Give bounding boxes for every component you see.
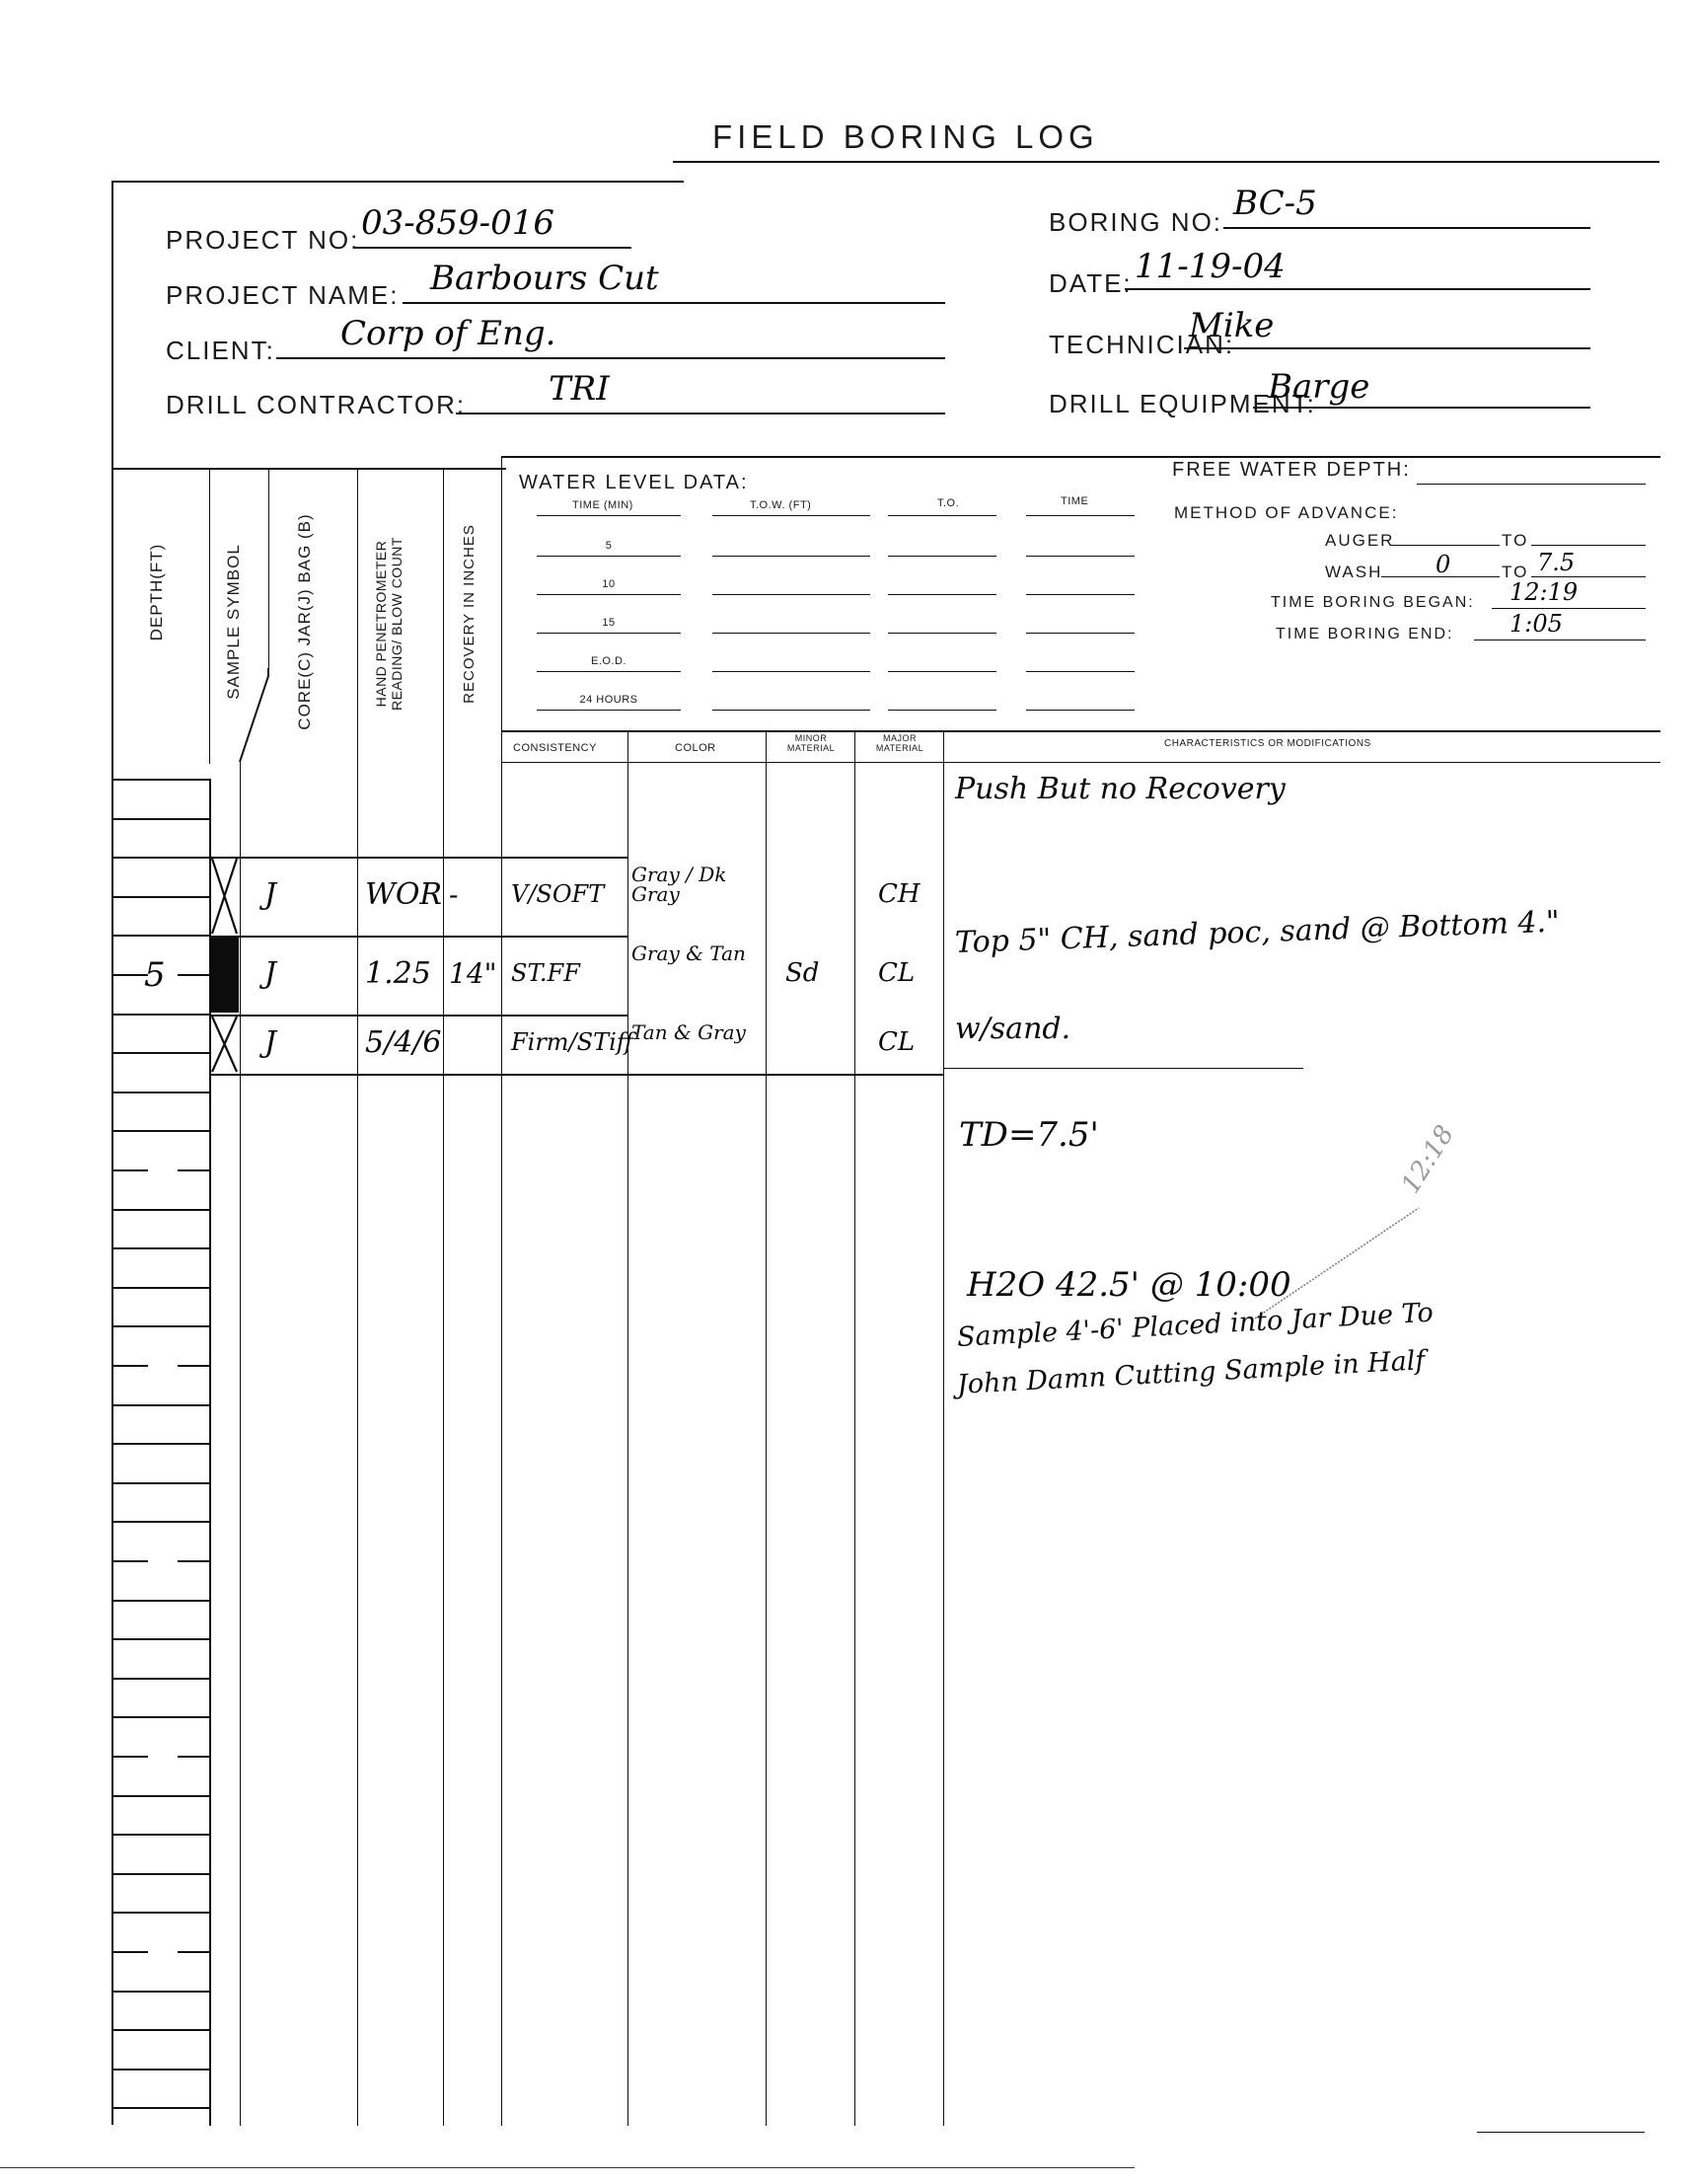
time-end-value[interactable]: 1:05 (1510, 610, 1563, 638)
header-separator-right (501, 456, 1660, 458)
project-name-line (403, 302, 945, 304)
depth-tick (111, 1521, 209, 1523)
sample-consistency[interactable]: Firm/STiff (511, 1028, 633, 1056)
col-header-container: CORE(C) JAR(J) BAG (B) (294, 493, 315, 750)
depth-tick (111, 1130, 209, 1132)
note-water[interactable]: H2O 42.5' @ 10:00 (967, 1265, 1291, 1305)
sample-major[interactable]: CL (878, 958, 915, 988)
note-line2[interactable]: John Damn Cutting Sample in Half (956, 1345, 1426, 1400)
wl-entry-line[interactable] (712, 671, 870, 672)
depth-tick (111, 1991, 209, 1993)
wl-row-line (537, 633, 681, 634)
col-header-penetrometer: HAND PENETROMETER READING/ BLOW COUNT (373, 525, 405, 722)
depth-major-tick (111, 1951, 148, 1953)
time-began-value[interactable]: 12:19 (1510, 578, 1578, 606)
wl-entry-line[interactable] (888, 594, 996, 595)
sample-reading[interactable]: 5/4/6 (365, 1025, 441, 1060)
col-header-major: MAJOR MATERIAL (860, 734, 939, 754)
wl-entry-line[interactable] (712, 633, 870, 634)
sample-row-line (209, 936, 627, 938)
depth-tick (111, 1600, 209, 1602)
note-td[interactable]: TD=7.5' (959, 1115, 1099, 1155)
sample-reading[interactable]: 1.25 (365, 956, 431, 991)
page-edge-line (0, 2167, 1135, 2168)
depth-tick (111, 779, 209, 781)
free-water-label: FREE WATER DEPTH: (1172, 459, 1411, 482)
depth-tick (111, 1325, 209, 1327)
water-block-bottom (501, 730, 1660, 732)
depth-major-tick (111, 1365, 148, 1367)
auger-from-line[interactable] (1391, 545, 1500, 546)
auger-label: AUGER (1325, 531, 1394, 551)
col-line-recovery (501, 456, 502, 2126)
boring-no-value[interactable]: BC-5 (1233, 184, 1317, 223)
wl-entry-line[interactable] (888, 556, 996, 557)
depth-tick (111, 1834, 209, 1836)
depth-tick (111, 1795, 209, 1797)
wl-col-time-min: TIME (MIN) (572, 499, 633, 511)
sample-row-line (209, 1015, 627, 1017)
wl-row-line (537, 671, 681, 672)
depth-tick (111, 857, 209, 859)
depth-tick (111, 2069, 209, 2071)
depth-tick (111, 1912, 209, 1914)
note-row0[interactable]: Push But no Recovery (955, 772, 1286, 806)
sample-reading[interactable]: WOR (365, 877, 442, 912)
date-value[interactable]: 11-19-04 (1135, 247, 1286, 286)
boring-no-line (1223, 227, 1590, 229)
drill-contractor-value[interactable]: TRI (549, 369, 610, 409)
sample-consistency[interactable]: ST.FF (511, 959, 580, 987)
project-no-line (355, 247, 631, 249)
drill-equipment-value[interactable]: Barge (1268, 367, 1369, 407)
technician-line (1184, 347, 1590, 349)
sample-symbol-filled-icon (210, 938, 239, 1013)
depth-tick (111, 1052, 209, 1054)
col-header-recovery: RECOVERY IN INCHES (462, 505, 479, 722)
depth-tick (111, 1873, 209, 1875)
depth-tick (111, 1092, 209, 1093)
wl-col-to: T.O. (937, 497, 959, 509)
drill-equipment-line (1253, 407, 1590, 409)
wl-entry-line[interactable] (888, 710, 996, 711)
depth-tick (111, 2029, 209, 2031)
sample-container[interactable]: J (264, 1025, 276, 1060)
drill-contractor-label: DRILL CONTRACTOR: (166, 390, 466, 420)
auger-to-line[interactable] (1531, 545, 1646, 546)
sample-symbol-x-icon (209, 1015, 240, 1074)
col-line-depth (209, 468, 210, 764)
wl-header-underline (537, 515, 681, 516)
depth-major-tick (178, 1560, 209, 1562)
header-separator-left (111, 468, 506, 470)
depth-tick (111, 818, 209, 820)
depth-major-tick (111, 1756, 148, 1758)
wl-entry-line[interactable] (712, 594, 870, 595)
col-line-major (943, 730, 944, 2126)
depth-tick (111, 1638, 209, 1640)
wl-entry-line[interactable] (712, 556, 870, 557)
wl-col-tow: T.O.W. (FT) (750, 499, 811, 511)
note-row3[interactable]: w/sand. (955, 1012, 1070, 1046)
wl-entry-line[interactable] (888, 633, 996, 634)
col-header-sample-symbol: SAMPLE SYMBOL (225, 508, 244, 735)
wl-header-underline (888, 515, 996, 516)
project-no-value[interactable]: 03-859-016 (361, 203, 554, 243)
wl-entry-line[interactable] (888, 671, 996, 672)
time-end-line (1474, 640, 1646, 640)
wl-entry-line[interactable] (1026, 633, 1135, 634)
depth-tick (111, 935, 209, 937)
sample-container[interactable]: J (264, 956, 276, 991)
method-label: METHOD OF ADVANCE: (1174, 503, 1398, 523)
wl-row-time: 10 (537, 578, 681, 590)
wl-entry-line[interactable] (712, 710, 870, 711)
depth-major-tick (178, 1756, 209, 1758)
wl-row-time: 5 (537, 540, 681, 552)
project-name-label: PROJECT NAME: (166, 280, 399, 311)
wl-row-time: 15 (537, 617, 681, 629)
water-level-title: WATER LEVEL DATA: (519, 472, 749, 494)
client-label: CLIENT: (166, 336, 275, 366)
wl-row-line (537, 594, 681, 595)
client-value[interactable]: Corp of Eng. (340, 314, 555, 353)
sample-major[interactable]: CH (878, 879, 921, 909)
note-line1[interactable]: Sample 4'-6' Placed into Jar Due To (956, 1298, 1434, 1353)
depth-marker-5: 5 (144, 955, 166, 995)
free-water-line[interactable] (1417, 484, 1646, 485)
depth-tick (111, 2107, 209, 2109)
depth-major-tick (111, 1169, 148, 1171)
depth-tick (111, 1443, 209, 1445)
wash-to-value[interactable]: 7.5 (1537, 549, 1575, 576)
wl-row-line (537, 556, 681, 557)
auger-to-label: TO (1502, 531, 1528, 551)
sample-row-line (209, 1074, 943, 1076)
sample-major[interactable]: CL (878, 1027, 915, 1057)
depth-tick (111, 1404, 209, 1406)
frame-top-left (111, 181, 684, 183)
wl-col-time: TIME (1061, 495, 1088, 507)
wl-entry-line[interactable] (1026, 710, 1135, 711)
sample-consistency[interactable]: V/SOFT (511, 880, 604, 908)
project-name-value[interactable]: Barbours Cut (430, 259, 659, 298)
wash-from-value[interactable]: 0 (1436, 551, 1450, 578)
drill-contractor-line (456, 413, 945, 414)
depth-major-tick (178, 1169, 209, 1171)
sample-color[interactable]: Gray / Dk Gray (631, 865, 764, 904)
date-label: DATE: (1049, 268, 1133, 299)
sample-color[interactable]: Gray & Tan (631, 943, 764, 963)
sample-color[interactable]: Tan & Gray (631, 1022, 764, 1042)
col-line-consistency (627, 730, 628, 2126)
wash-to-line (1531, 576, 1646, 577)
sample-recovery[interactable]: 14" (449, 957, 497, 990)
depth-major-tick (111, 1560, 148, 1562)
boring-no-label: BORING NO: (1049, 207, 1222, 238)
col-header-container-text: CORE(C) JAR(J) BAG (B) (295, 513, 314, 729)
depth-tick (111, 1209, 209, 1211)
wl-row-time: 24 HOURS (537, 694, 681, 706)
col-header-characteristics: CHARACTERISTICS OR MODIFICATIONS (1164, 738, 1371, 749)
footer-signature-line (1477, 2132, 1645, 2133)
col-header-minor: MINOR MATERIAL (772, 734, 850, 754)
time-end-label: TIME BORING END: (1276, 626, 1453, 643)
col-line-penetrometer (443, 468, 444, 2126)
col-header-depth: DEPTH(FT) (148, 479, 167, 706)
depth-tick (111, 1678, 209, 1680)
sample-container[interactable]: J (264, 877, 276, 912)
depth-tick (111, 1482, 209, 1484)
col-line-symbol-top (268, 468, 269, 670)
depth-major-tick (111, 974, 148, 976)
wl-header-underline (1026, 515, 1135, 516)
depth-tick (111, 896, 209, 898)
depth-major-tick (178, 1365, 209, 1367)
depth-tick (111, 1287, 209, 1289)
note-row2[interactable]: Top 5" CH, sand poc, sand @ Bottom 4." (954, 905, 1560, 960)
depth-tick (111, 1716, 209, 1718)
depth-major-tick (178, 974, 209, 976)
client-line (276, 357, 945, 359)
lower-header-bottom (501, 762, 1660, 763)
note-annotation: 12:18 (1396, 1120, 1460, 1198)
depth-tick (111, 1014, 209, 1016)
sample-recovery[interactable]: - (449, 878, 458, 911)
col-header-color: COLOR (675, 742, 716, 754)
wl-entry-line[interactable] (1026, 671, 1135, 672)
col-header-consistency: CONSISTENCY (513, 742, 597, 754)
wl-row-time: E.O.D. (537, 655, 681, 667)
notes-row-underline (943, 1068, 1303, 1069)
time-began-line (1492, 608, 1646, 609)
wash-label: WASH (1325, 563, 1382, 582)
depth-tick (111, 1247, 209, 1249)
title-rule (673, 161, 1659, 163)
time-began-label: TIME BORING BEGAN: (1271, 594, 1475, 612)
sample-minor[interactable]: Sd (785, 958, 819, 988)
project-no-label: PROJECT NO: (166, 225, 359, 256)
date-line (1125, 288, 1590, 290)
depth-major-tick (178, 1951, 209, 1953)
form-title: FIELD BORING LOG (712, 118, 1099, 156)
wl-entry-line[interactable] (1026, 594, 1135, 595)
wl-entry-line[interactable] (1026, 556, 1135, 557)
symbol-col-right (240, 762, 241, 2126)
wl-header-underline (712, 515, 870, 516)
wl-row-line (537, 710, 681, 711)
col-line-container (357, 468, 358, 2126)
sample-symbol-x-icon (209, 857, 240, 936)
col-line-minor (854, 730, 855, 2126)
col-line-color (766, 730, 767, 2126)
sample-top-line (240, 857, 627, 859)
technician-value[interactable]: Mike (1189, 306, 1274, 345)
